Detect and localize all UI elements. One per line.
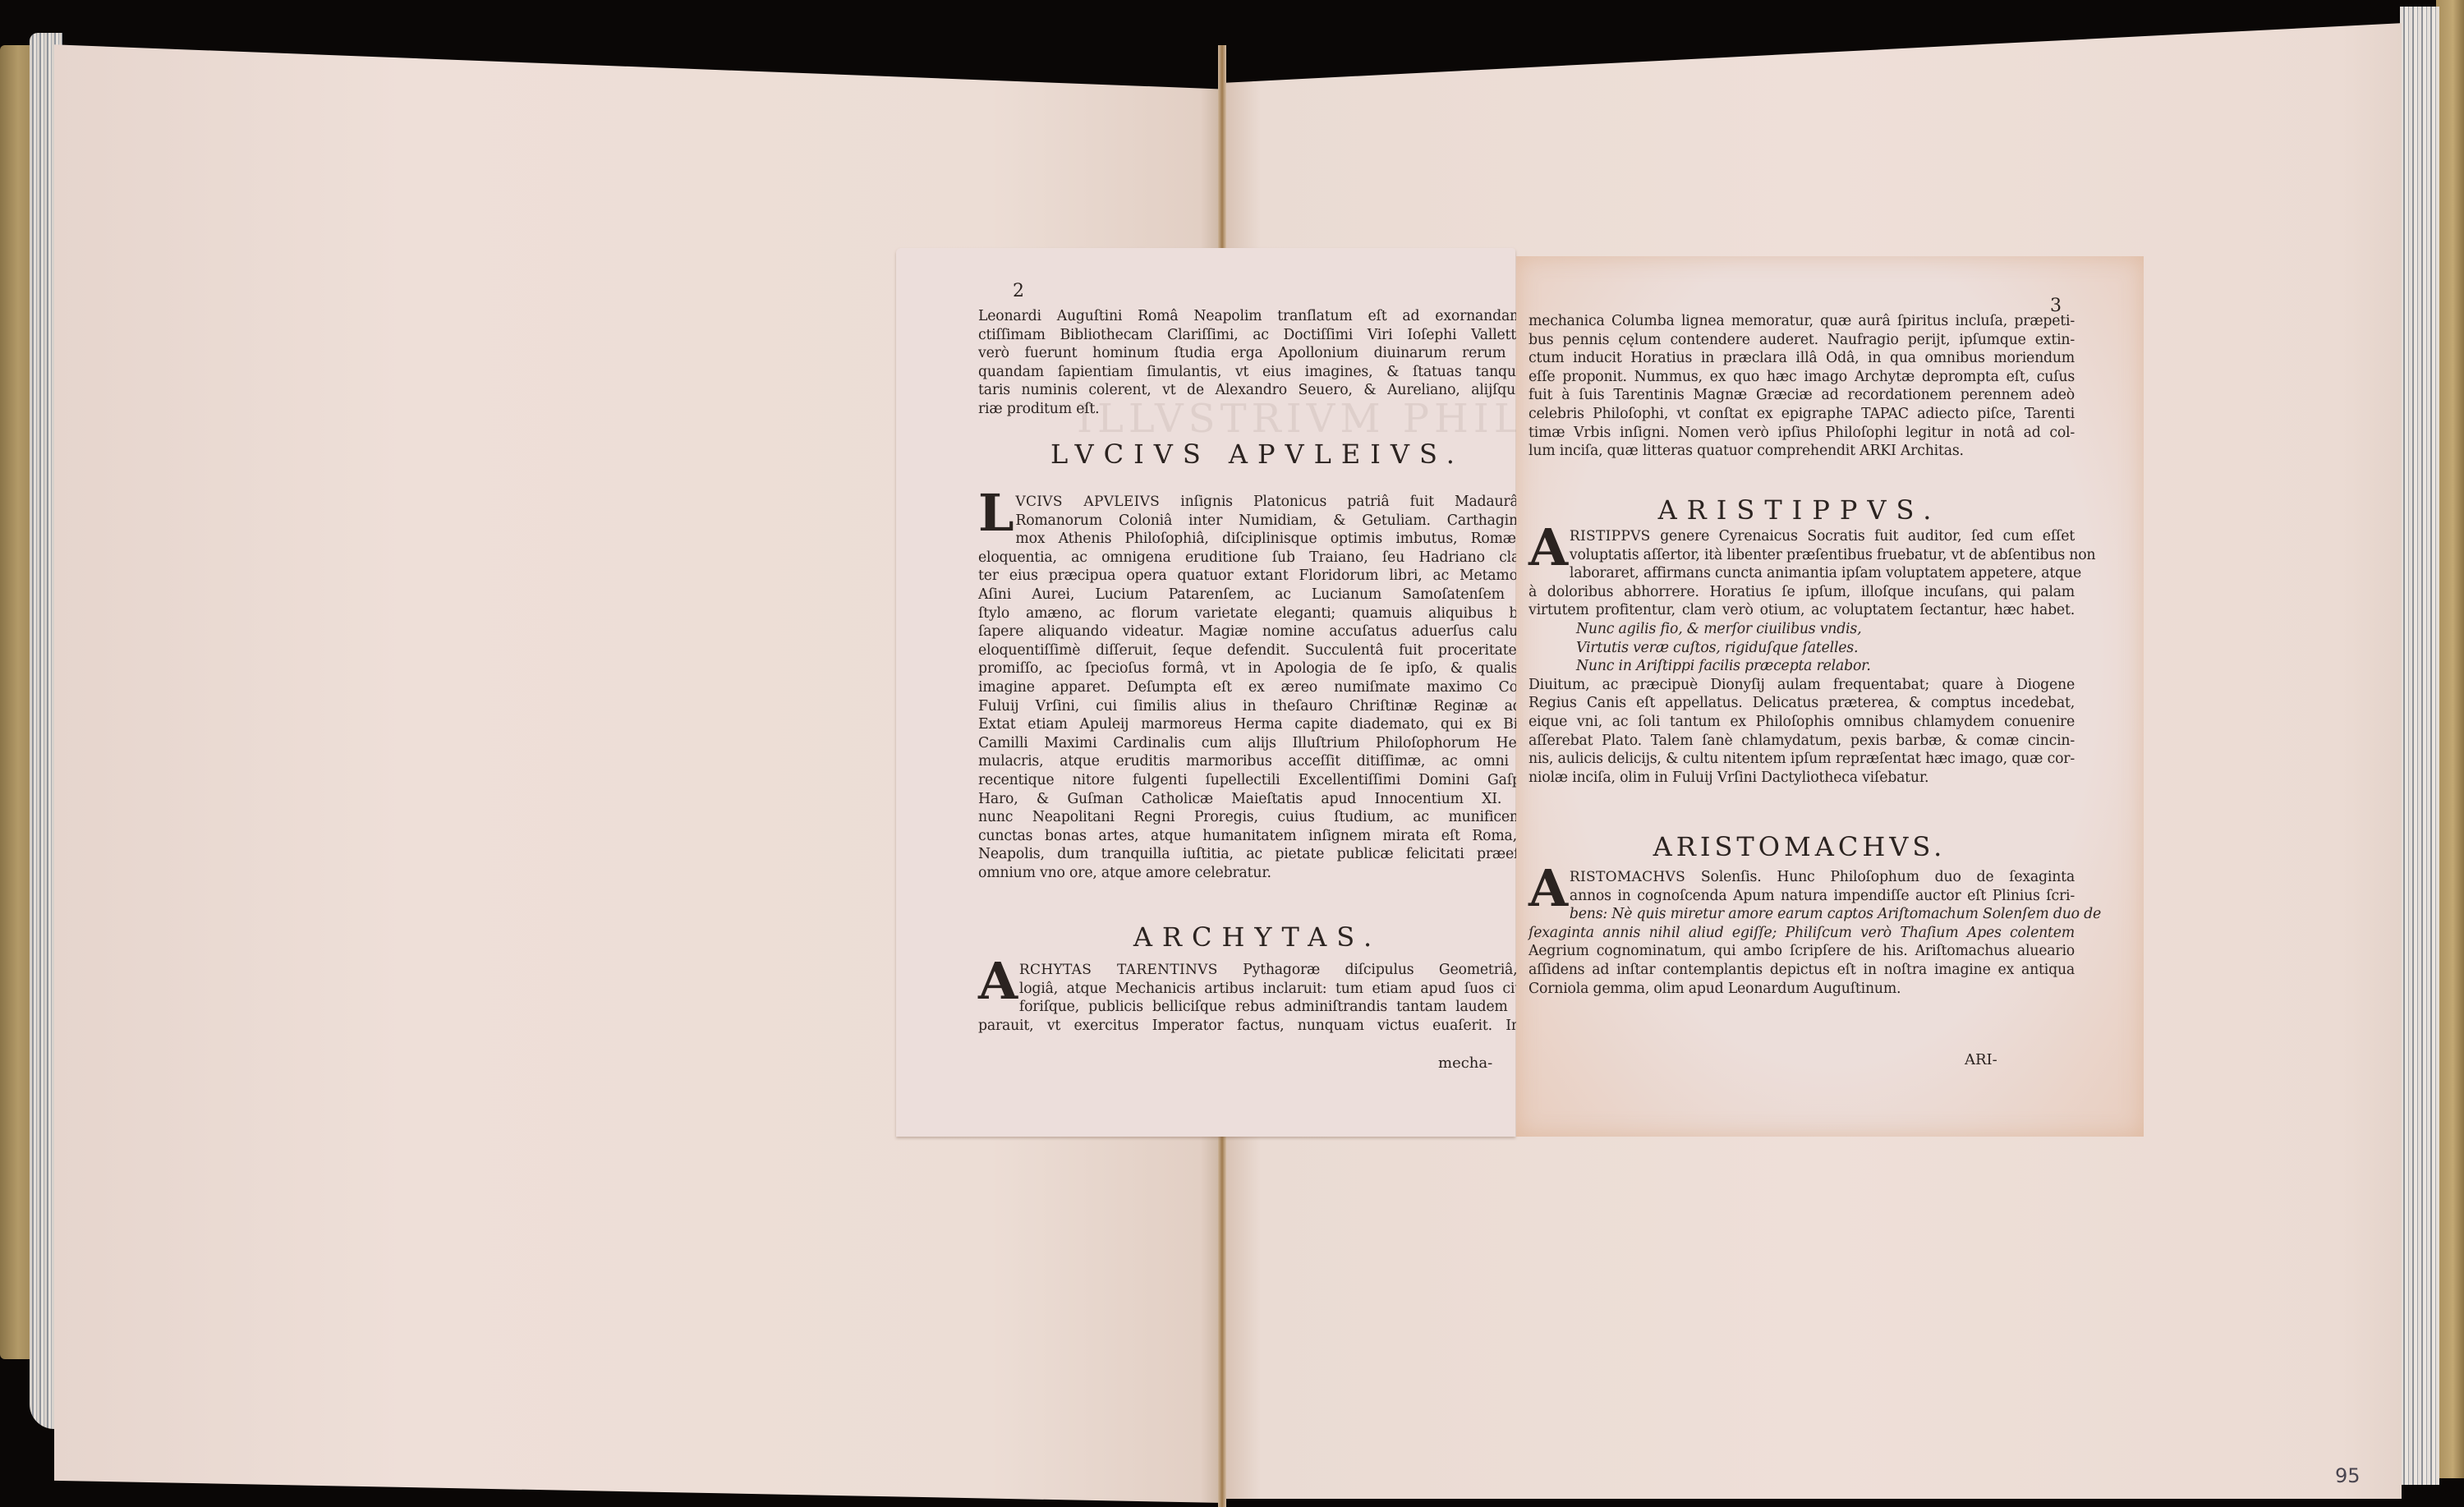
printed-sheet-page-2: ILLVSTRIVM PHILOSOPHORVM 2 Leonardi Augu…: [896, 248, 1515, 1137]
verse-line: Nunc in Ariſtippi facilis præcepta relab…: [1529, 657, 2075, 676]
page-number: 2: [1013, 281, 1024, 301]
section-heading-archytas: ARCHYTAS.: [978, 921, 1537, 953]
catchword: ARI-: [1965, 1051, 1997, 1068]
paragraph-archytas: A RCHYTAS TARENTINVS Pythagoræ diſcipulu…: [978, 961, 1583, 1035]
paragraph-lucius-apuleius: L VCIVS APVLEIVS inſignis Platonicus pat…: [978, 493, 1583, 882]
dropcap-L: L: [978, 493, 1014, 534]
printed-sheet-page-3: 3 mechanica Columba lignea memoratur, qu…: [1516, 256, 2144, 1137]
verse-line: Virtutis veræ cuſtos, rigiduſque ſatelle…: [1529, 639, 2075, 658]
section-heading-aristippus: ARISTIPPVS.: [1533, 494, 2066, 526]
section-heading-aristomachus: ARISTOMACHVS.: [1533, 831, 2066, 862]
paragraph-aristippus: A RISTIPPVS genere Cyrenaicus Socratis f…: [1529, 527, 2075, 787]
intro-paragraph: mechanica Columba lignea memoratur, quæ …: [1529, 312, 2075, 461]
dropcap-A: A: [1529, 868, 1568, 909]
paragraph-aristomachus: A RISTOMACHVS Solenſis. Hunc Philoſophum…: [1529, 868, 2075, 998]
catchword: mecha-: [1438, 1054, 1492, 1072]
intro-paragraph: Leonardi Auguſtini Româ Neapolim tranſla…: [978, 307, 1583, 419]
dropcap-A: A: [1529, 527, 1568, 568]
section-heading-lucius-apuleius: LVCIVS APVLEIVS.: [978, 439, 1537, 470]
dropcap-A: A: [978, 961, 1018, 1002]
handwritten-folio-number: 95: [2335, 1464, 2361, 1487]
book-cover-right-edge: [2436, 0, 2464, 1478]
page-stack-right: [2400, 7, 2439, 1485]
verse-line: Nunc agilis fio, & merſor ciuilibus vndi…: [1529, 620, 2075, 639]
